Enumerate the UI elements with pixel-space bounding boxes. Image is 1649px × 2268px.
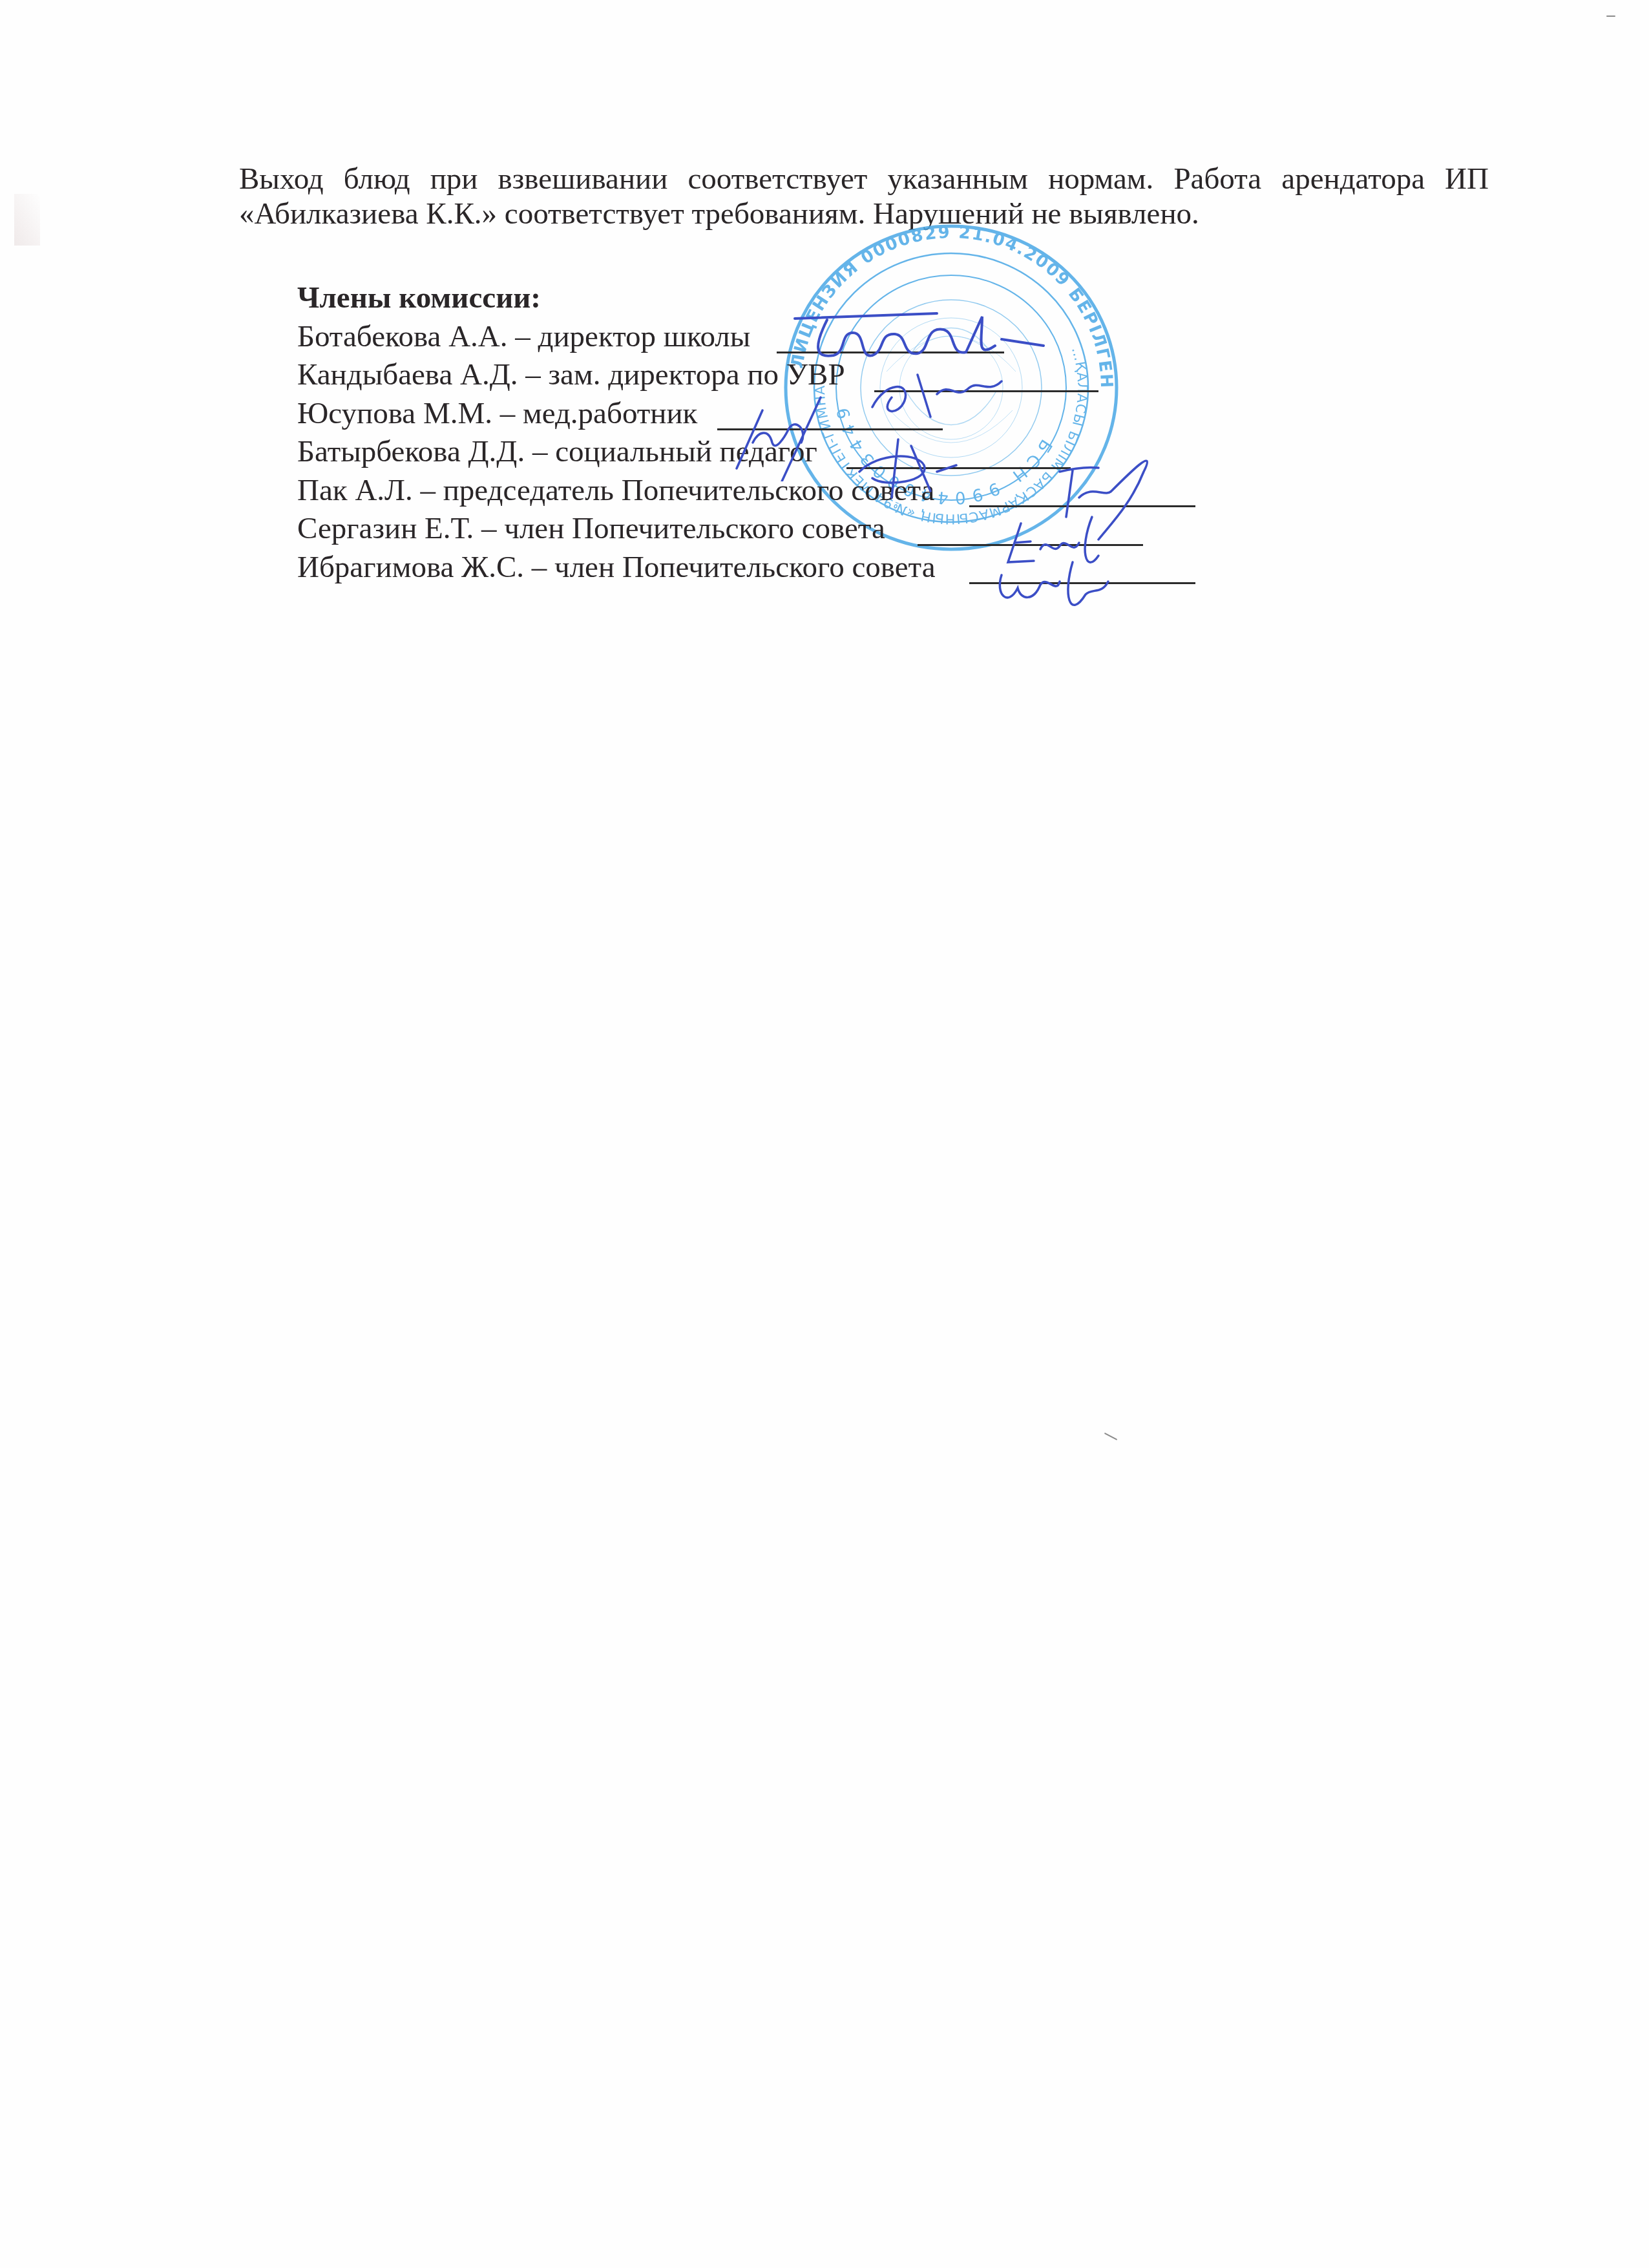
- scan-shadow: [14, 194, 40, 246]
- member-name-role: Ботабекова А.А. – директор школы: [297, 320, 750, 353]
- signature-line: [969, 582, 1195, 584]
- commission-member-row: Сергазин Е.Т. – член Попечительского сов…: [297, 510, 1266, 549]
- member-name-role: Сергазин Е.Т. – член Попечительского сов…: [297, 512, 885, 545]
- commission-member-row: Батырбекова Д.Д. – социальный педагог: [297, 433, 1266, 472]
- commission-member-row: Ботабекова А.А. – директор школы: [297, 318, 1266, 357]
- document-page: Выход блюд при взвешивании соответствует…: [0, 0, 1649, 2268]
- commission-member-row: Кандыбаева А.Д. – зам. директора по УВР: [297, 356, 1266, 395]
- scan-speck: [1104, 1433, 1117, 1440]
- signature-line: [777, 352, 1004, 353]
- member-name-role: Юсупова М.М. – мед.работник: [297, 397, 697, 430]
- scan-speck: [1606, 16, 1615, 17]
- commission-member-row: Юсупова М.М. – мед.работник: [297, 395, 1266, 434]
- commission-member-row: Ибрагимова Ж.С. – член Попечительского с…: [297, 549, 1266, 587]
- signature-line: [874, 390, 1098, 392]
- member-name-role: Ибрагимова Ж.С. – член Попечительского с…: [297, 551, 936, 584]
- signature-line: [969, 505, 1195, 507]
- commission-block: Члены комиссии: Ботабекова А.А. – директ…: [297, 279, 1266, 587]
- signature-line: [846, 467, 1071, 469]
- commission-title: Члены комиссии:: [297, 279, 1266, 318]
- signature-line: [918, 544, 1143, 546]
- member-name-role: Батырбекова Д.Д. – социальный педагог: [297, 435, 817, 468]
- member-name-role: Кандыбаева А.Д. – зам. директора по УВР: [297, 358, 845, 392]
- signature-line: [717, 428, 943, 430]
- inspection-conclusion-paragraph: Выход блюд при взвешивании соответствует…: [239, 162, 1489, 231]
- commission-member-row: Пак А.Л. – председатель Попечительского …: [297, 472, 1266, 510]
- member-name-role: Пак А.Л. – председатель Попечительского …: [297, 474, 934, 507]
